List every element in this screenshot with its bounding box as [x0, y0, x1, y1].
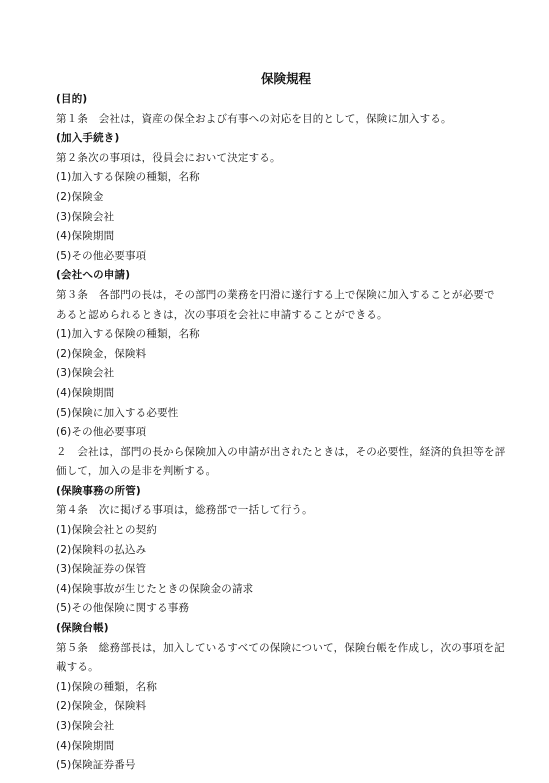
body-line: (1)加入する保険の種類，名称	[56, 325, 496, 345]
body-line: (1)保険会社との契約	[56, 521, 496, 541]
body-line: 第５条 総務部長は，加入しているすべての保険について，保険台帳を作成し，次の事項…	[56, 639, 496, 659]
body-line: (3)保険会社	[56, 717, 496, 737]
body-line: (3)保険会社	[56, 364, 496, 384]
body-line: (1)加入する保険の種類，名称	[56, 168, 496, 188]
body-line: (5)保険に加入する必要性	[56, 404, 496, 424]
section-heading: (目的)	[56, 90, 496, 110]
body-line: 第３条 各部門の長は，その部門の業務を円滑に遂行する上で保険に加入することが必要…	[56, 286, 496, 306]
body-line: (4)保険期間	[56, 384, 496, 404]
body-line: (2)保険金，保険料	[56, 697, 496, 717]
section-heading: (保険台帳)	[56, 619, 496, 639]
body-line: (6)その他必要事項	[56, 423, 496, 443]
section-heading: (保険事務の所管)	[56, 482, 496, 502]
body-line: (5)その他必要事項	[56, 247, 496, 267]
document-page: 保険規程 (目的)第１条 会社は，資産の保全および有事への対応を目的として，保険…	[56, 68, 496, 776]
section-heading: (加入手続き)	[56, 129, 496, 149]
body-line: ２ 会社は，部門の長から保険加入の申請が出されたときは，その必要性，経済的負担等…	[56, 443, 496, 463]
body-line: あると認められるときは，次の事項を会社に申請することができる。	[56, 306, 496, 326]
body-line: 第１条 会社は，資産の保全および有事への対応を目的として，保険に加入する。	[56, 110, 496, 130]
body-line: 載する。	[56, 658, 496, 678]
body-line: (2)保険料の払込み	[56, 541, 496, 561]
document-body: (目的)第１条 会社は，資産の保全および有事への対応を目的として，保険に加入する…	[56, 90, 496, 776]
body-line: 価して，加入の是非を判断する。	[56, 462, 496, 482]
body-line: (4)保険期間	[56, 737, 496, 757]
body-line: (2)保険金，保険料	[56, 345, 496, 365]
body-line: (4)保険期間	[56, 227, 496, 247]
body-line: (3)保険証券の保管	[56, 560, 496, 580]
document-title: 保険規程	[76, 68, 496, 90]
body-line: (3)保険会社	[56, 208, 496, 228]
body-line: (1)保険の種類，名称	[56, 678, 496, 698]
body-line: (4)保険事故が生じたときの保険金の請求	[56, 580, 496, 600]
body-line: (2)保険金	[56, 188, 496, 208]
body-line: 第４条 次に掲げる事項は，総務部で一括して行う。	[56, 501, 496, 521]
section-heading: (会社への申請)	[56, 266, 496, 286]
body-line: (5)その他保険に関する事務	[56, 599, 496, 619]
body-line: (5)保険証券番号	[56, 756, 496, 776]
body-line: 第２条次の事項は，役員会において決定する。	[56, 149, 496, 169]
